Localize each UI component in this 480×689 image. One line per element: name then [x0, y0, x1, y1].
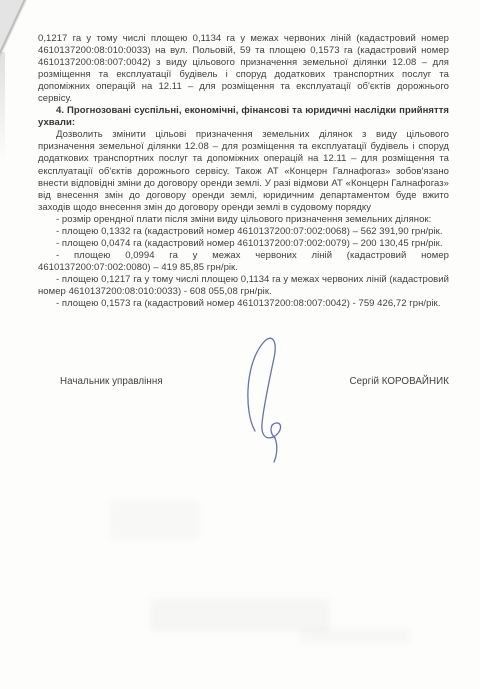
bleed-through-smudge — [300, 628, 410, 644]
list-item-parcel-0068: - площею 0,1332 га (кадастровий номер 46… — [38, 226, 449, 238]
signature-block: Начальник управління Сергій КОРОВАЙНИК — [38, 376, 449, 388]
paragraph-continuation-cadastral: 0,1217 га у тому числі площею 0,1134 га … — [38, 33, 449, 105]
scan-corner-artifact — [0, 0, 27, 58]
list-item-parcel-0080: - площею 0,0994 га у межах червоних ліні… — [38, 250, 449, 274]
list-item-parcel-0079: - площею 0,0474 га (кадастровий номер 46… — [38, 238, 449, 250]
signer-name: Сергій КОРОВАЙНИК — [349, 376, 449, 388]
document-text-block: 0,1217 га у тому числі площею 0,1134 га … — [38, 33, 449, 388]
bleed-through-smudge — [150, 598, 330, 632]
bleed-through-smudge — [110, 500, 200, 540]
list-intro-rent: - розмір орендної плати після зміни виду… — [38, 214, 449, 226]
list-item-parcel-0033: - площею 0,1217 га у тому числі площею 0… — [38, 274, 449, 298]
signer-position-label: Начальник управління — [60, 376, 163, 388]
list-item-parcel-0042: - площею 0,1573 га (кадастровий номер 46… — [38, 298, 449, 310]
scan-left-edge-shadow — [0, 52, 5, 162]
section-heading-4: 4. Прогнозовані суспільні, економічні, ф… — [38, 105, 449, 129]
scanned-document-page: 0,1217 га у тому числі площею 0,1134 га … — [0, 0, 480, 689]
paragraph-decision-body: Дозволить змінити цільові призначення зе… — [38, 129, 449, 213]
